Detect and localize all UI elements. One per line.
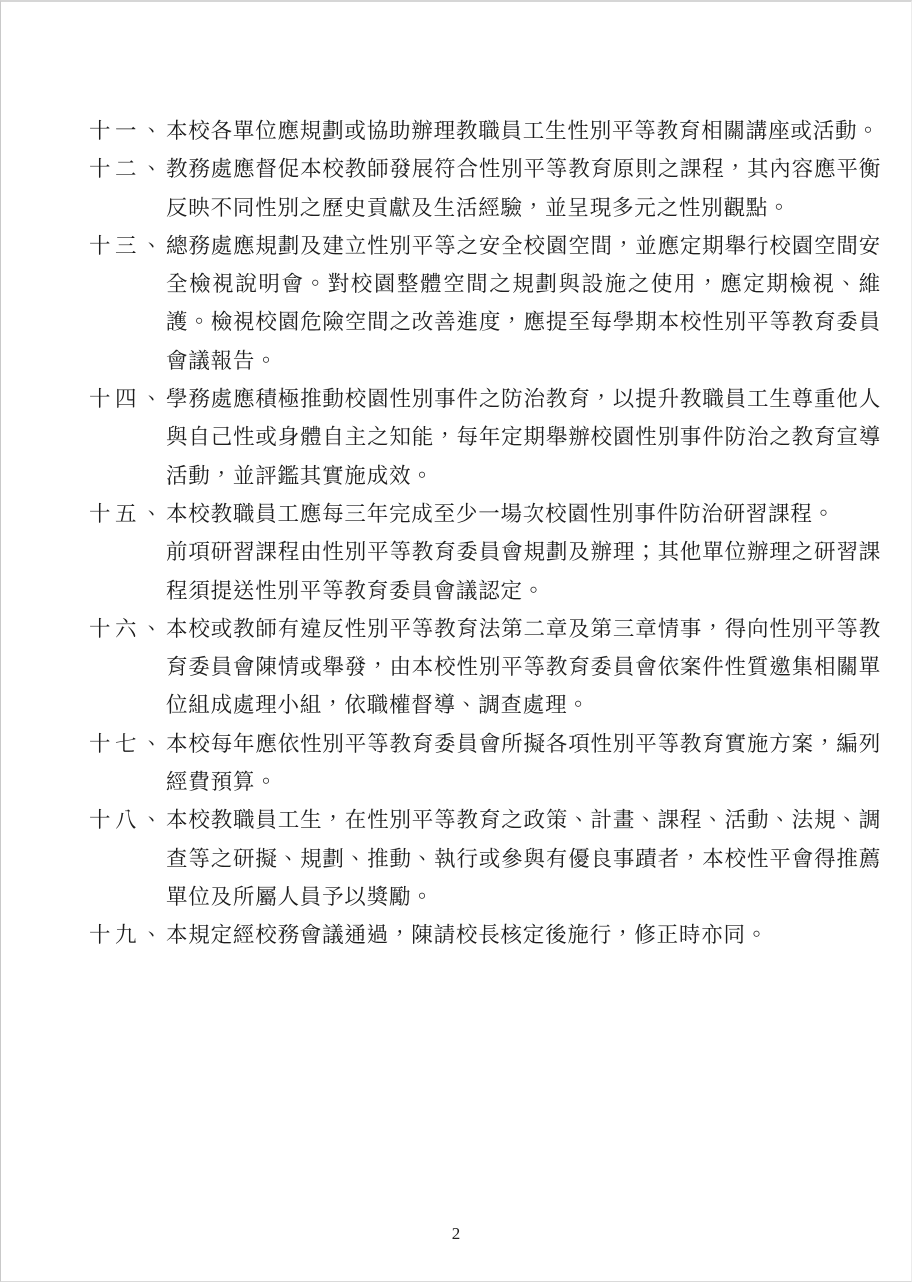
item-body: 總務處應規劃及建立性別平等之安全校園空間，並應定期舉行校園空間安全檢視說明會。對… [166, 227, 881, 380]
item-number: 十九、 [89, 916, 166, 954]
item-paragraph: 總務處應規劃及建立性別平等之安全校園空間，並應定期舉行校園空間安全檢視說明會。對… [166, 227, 881, 380]
item-body: 本校教職員工應每三年完成至少一場次校園性別事件防治研習課程。前項研習課程由性別平… [166, 495, 881, 610]
item-paragraph: 前項研習課程由性別平等教育委員會規劃及辦理；其他單位辦理之研習課程須提送性別平等… [166, 533, 881, 610]
item-number: 十四、 [89, 380, 166, 418]
regulation-item: 十九、本規定經校務會議通過，陳請校長核定後施行，修正時亦同。 [89, 916, 881, 954]
item-paragraph: 本校或教師有違反性別平等教育法第二章及第三章情事，得向性別平等教育委員會陳情或舉… [166, 610, 881, 725]
regulation-item: 十五、本校教職員工應每三年完成至少一場次校園性別事件防治研習課程。前項研習課程由… [89, 495, 881, 610]
item-paragraph: 本校各單位應規劃或協助辦理教職員工生性別平等教育相關講座或活動。 [166, 112, 881, 150]
item-paragraph: 本校教職員工應每三年完成至少一場次校園性別事件防治研習課程。 [166, 495, 881, 533]
regulation-item: 十二、教務處應督促本校教師發展符合性別平等教育原則之課程，其內容應平衡反映不同性… [89, 150, 881, 227]
regulation-item: 十六、本校或教師有違反性別平等教育法第二章及第三章情事，得向性別平等教育委員會陳… [89, 610, 881, 725]
regulation-item: 十四、學務處應積極推動校園性別事件之防治教育，以提升教職員工生尊重他人與自己性或… [89, 380, 881, 495]
item-body: 本校各單位應規劃或協助辦理教職員工生性別平等教育相關講座或活動。 [166, 112, 881, 150]
item-number: 十七、 [89, 725, 166, 763]
item-number: 十六、 [89, 610, 166, 648]
item-body: 本校或教師有違反性別平等教育法第二章及第三章情事，得向性別平等教育委員會陳情或舉… [166, 610, 881, 725]
item-body: 本校每年應依性別平等教育委員會所擬各項性別平等教育實施方案，編列經費預算。 [166, 725, 881, 802]
item-number: 十二、 [89, 150, 166, 188]
item-paragraph: 本規定經校務會議通過，陳請校長核定後施行，修正時亦同。 [166, 916, 881, 954]
regulation-item: 十八、本校教職員工生，在性別平等教育之政策、計畫、課程、活動、法規、調查等之研擬… [89, 801, 881, 916]
item-body: 學務處應積極推動校園性別事件之防治教育，以提升教職員工生尊重他人與自己性或身體自… [166, 380, 881, 495]
item-body: 教務處應督促本校教師發展符合性別平等教育原則之課程，其內容應平衡反映不同性別之歷… [166, 150, 881, 227]
regulation-item: 十七、本校每年應依性別平等教育委員會所擬各項性別平等教育實施方案，編列經費預算。 [89, 725, 881, 802]
item-body: 本規定經校務會議通過，陳請校長核定後施行，修正時亦同。 [166, 916, 881, 954]
item-paragraph: 教務處應督促本校教師發展符合性別平等教育原則之課程，其內容應平衡反映不同性別之歷… [166, 150, 881, 227]
document-page: 十一、本校各單位應規劃或協助辦理教職員工生性別平等教育相關講座或活動。十二、教務… [0, 0, 912, 1282]
page-footer: 2 [1, 1222, 911, 1246]
item-number: 十八、 [89, 801, 166, 839]
item-body: 本校教職員工生，在性別平等教育之政策、計畫、課程、活動、法規、調查等之研擬、規劃… [166, 801, 881, 916]
item-number: 十五、 [89, 495, 166, 533]
page-number: 2 [452, 1224, 461, 1243]
item-paragraph: 本校每年應依性別平等教育委員會所擬各項性別平等教育實施方案，編列經費預算。 [166, 725, 881, 802]
regulation-item: 十三、總務處應規劃及建立性別平等之安全校園空間，並應定期舉行校園空間安全檢視說明… [89, 227, 881, 380]
regulation-list: 十一、本校各單位應規劃或協助辦理教職員工生性別平等教育相關講座或活動。十二、教務… [89, 112, 881, 955]
item-paragraph: 學務處應積極推動校園性別事件之防治教育，以提升教職員工生尊重他人與自己性或身體自… [166, 380, 881, 495]
item-number: 十三、 [89, 227, 166, 265]
regulation-item: 十一、本校各單位應規劃或協助辦理教職員工生性別平等教育相關講座或活動。 [89, 112, 881, 150]
item-number: 十一、 [89, 112, 166, 150]
item-paragraph: 本校教職員工生，在性別平等教育之政策、計畫、課程、活動、法規、調查等之研擬、規劃… [166, 801, 881, 916]
